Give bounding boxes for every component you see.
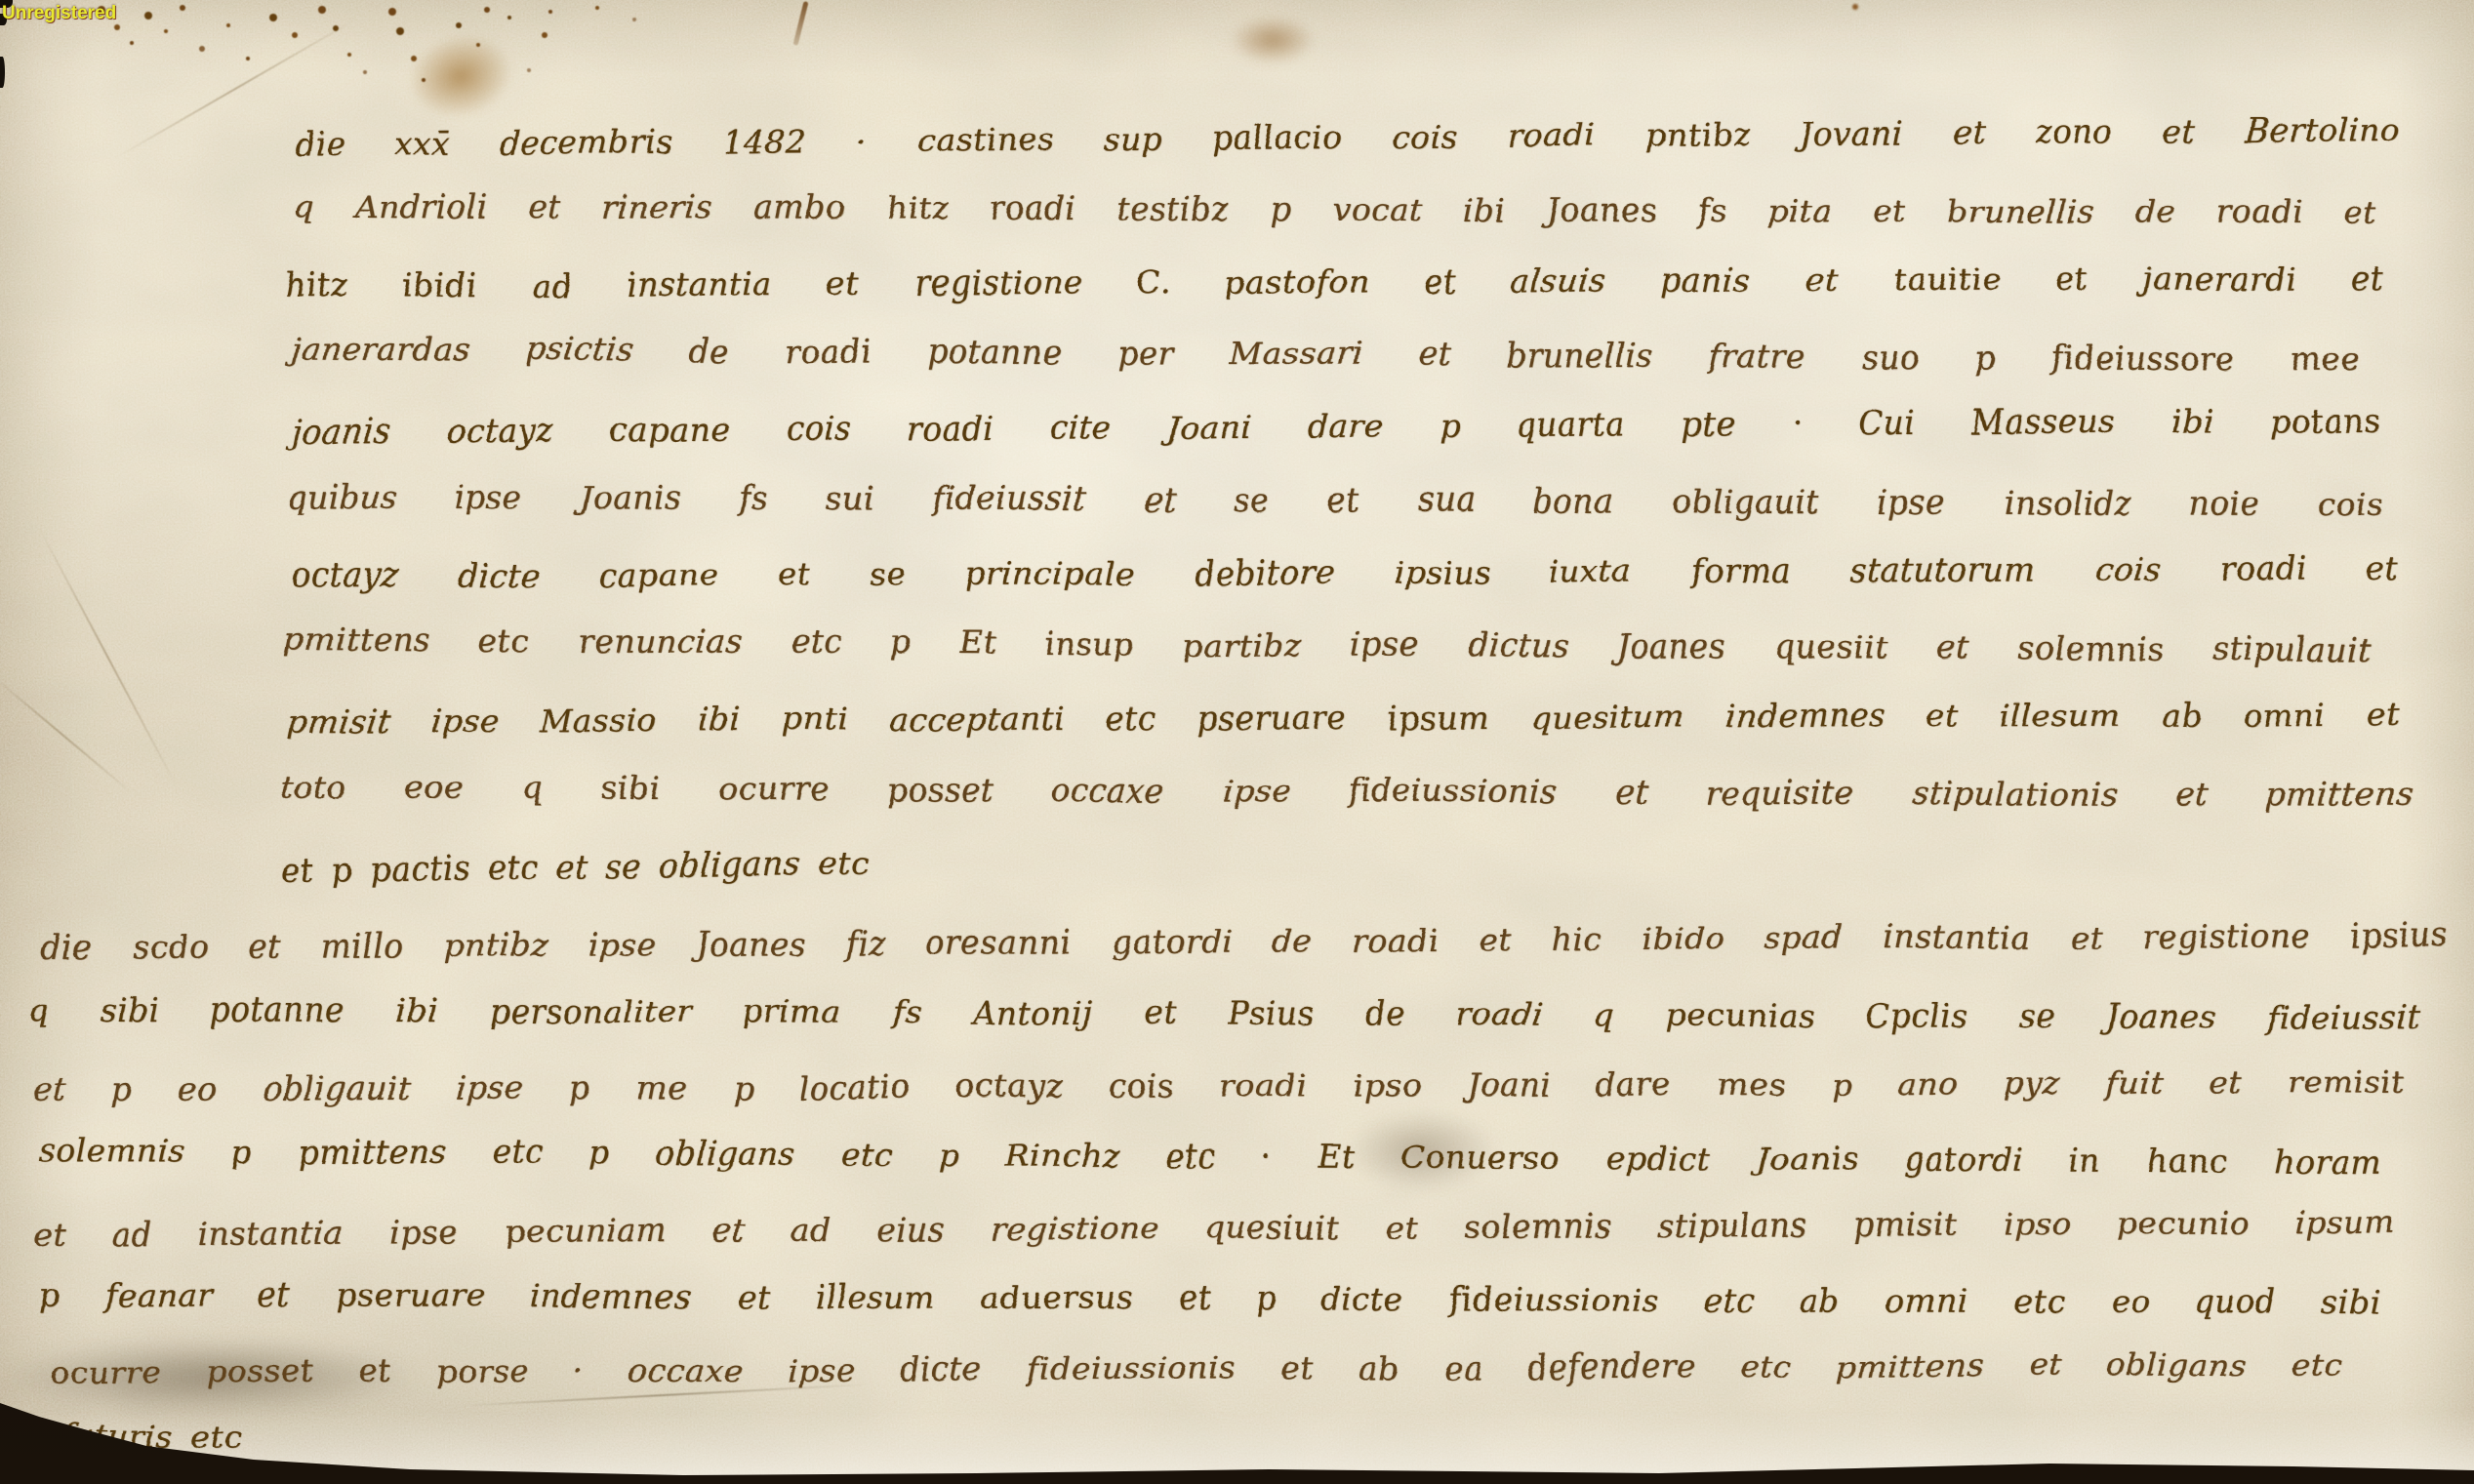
manuscript-line-9: pmisit ipse Massio ibi pnti acceptanti e… xyxy=(287,692,2400,744)
manuscript-line-19: futuris etc xyxy=(62,1414,394,1461)
manuscript-line-17: p feanar et pseruare indemnes et illesum… xyxy=(39,1272,2381,1325)
scanner-edge-speck xyxy=(0,57,5,88)
manuscript-line-18: ocurre posset et porse · occaxe ipse dic… xyxy=(51,1343,2342,1395)
manuscript-line-4: janerardas psictis de roadi potanne per … xyxy=(291,326,2360,381)
manuscript-line-7: octayz dicte capane et se principale deb… xyxy=(291,546,2399,599)
manuscript-line-2: q Andrioli et rineris ambo hitz roadi te… xyxy=(293,183,2376,235)
unregistered-watermark: Unregistered xyxy=(2,3,116,24)
handwritten-text-block: die xxx̄ decembris 1482 · castines sup p… xyxy=(0,0,2474,1484)
parchment-sheet: die xxx̄ decembris 1482 · castines sup p… xyxy=(0,0,2474,1484)
manuscript-line-16: et ad instantia ipse pecuniam et ad eius… xyxy=(33,1200,2395,1258)
manuscript-line-3: hitz ibidi ad instantia et registione C.… xyxy=(285,256,2383,308)
manuscript-line-13: q sibi potanne ibi personaliter prima fs… xyxy=(27,987,2420,1041)
manuscript-line-15: solemnis p pmittens etc p obligans etc p… xyxy=(39,1128,2381,1185)
manuscript-line-10: toto eoe q sibi ocurre posset occaxe ips… xyxy=(281,765,2413,818)
manuscript-line-12: die scdo et millo pntibz ipse Joanes fiz… xyxy=(41,913,2448,971)
manuscript-line-11: et p pactis etc et se obligans etc xyxy=(281,839,1159,892)
manuscript-line-8: pmittens etc renuncias etc p Et insup pa… xyxy=(283,617,2372,672)
manuscript-line-5: joanis octayz capane cois roadi cite Joa… xyxy=(293,398,2381,454)
manuscript-line-6: quibus ipse Joanis fs sui fideiussit et … xyxy=(285,474,2383,527)
scanned-manuscript-image: die xxx̄ decembris 1482 · castines sup p… xyxy=(0,0,2474,1484)
manuscript-line-1: die xxx̄ decembris 1482 · castines sup p… xyxy=(293,107,2401,167)
manuscript-line-14: et p eo obligauit ipse p me p locatio oc… xyxy=(33,1060,2405,1112)
